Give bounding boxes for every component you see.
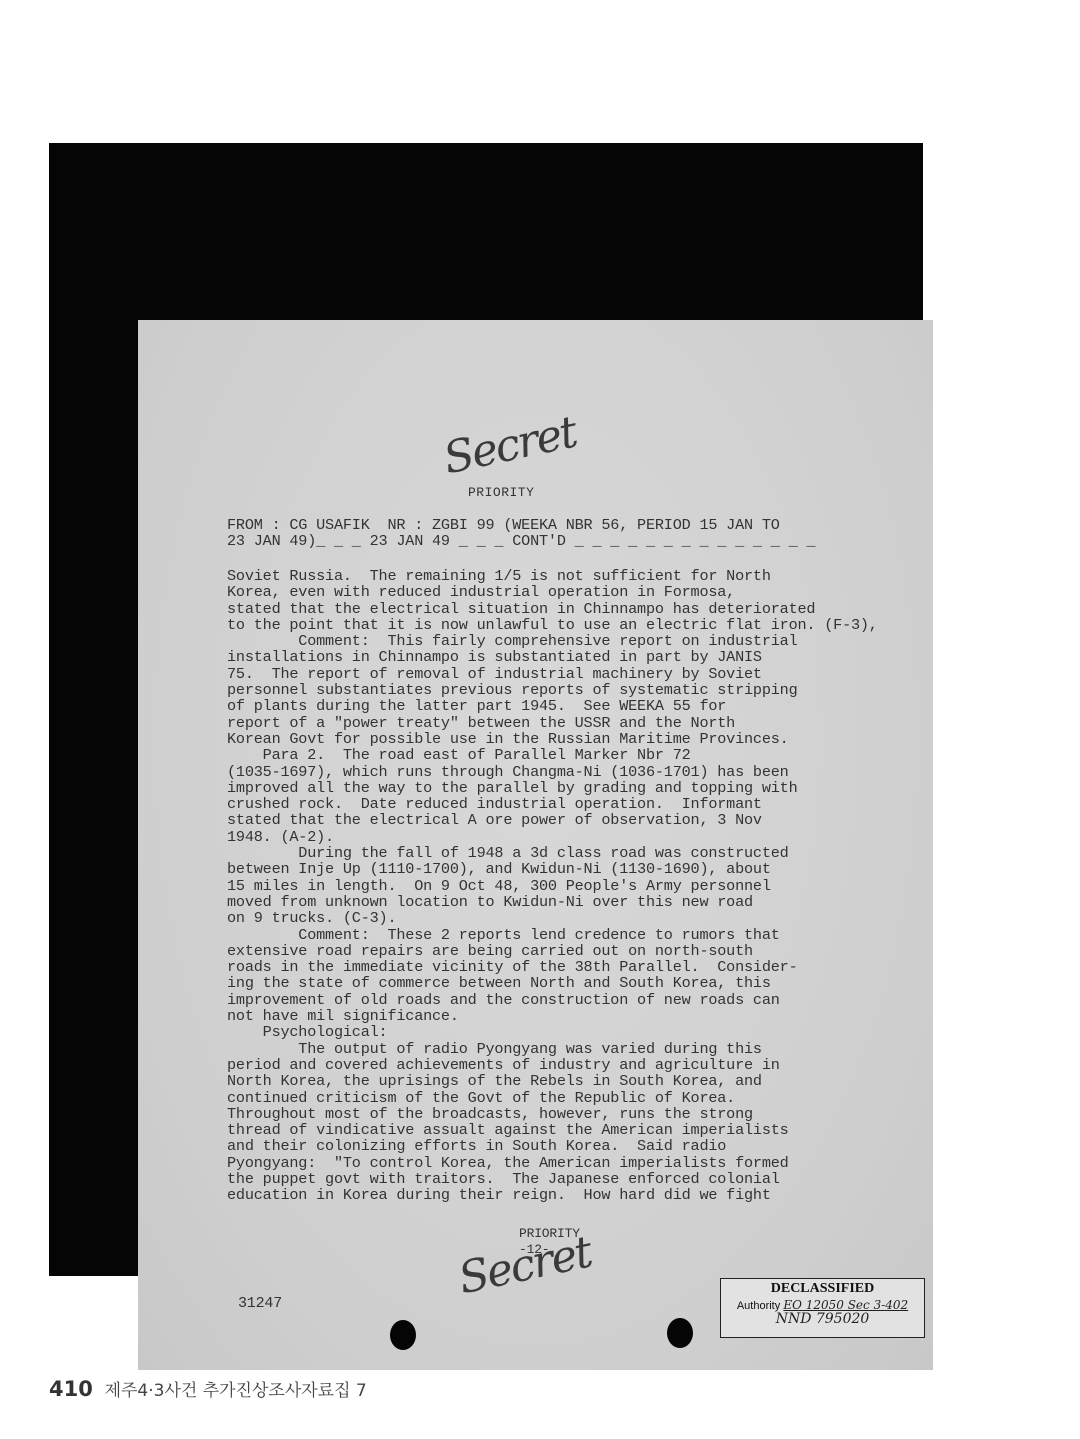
punch-hole-left: [390, 1320, 416, 1350]
body-line: Para 2. The road east of Parallel Marker…: [227, 747, 878, 763]
stamp-authority-value: EO 12050 Sec 3-402: [783, 1298, 908, 1312]
header-line: 23 JAN 49)_ _ _ 23 JAN 49 _ _ _ CONT'D _…: [227, 532, 815, 550]
bleed-through-text: [198, 380, 568, 392]
body-line: crushed rock. Date reduced industrial op…: [227, 796, 878, 812]
body-line: of plants during the latter part 1945. S…: [227, 698, 878, 714]
body-line: improved all the way to the parallel by …: [227, 780, 878, 796]
handwritten-secret-bottom: Secret: [454, 1227, 595, 1305]
punch-hole-right: [667, 1318, 693, 1348]
priority-heading-top: PRIORITY: [468, 485, 534, 501]
body-line: stated that the electrical situation in …: [227, 601, 878, 617]
body-line: Korean Govt for possible use in the Russ…: [227, 731, 878, 747]
body-line: 1948. (A-2).: [227, 829, 878, 845]
body-line: personnel substantiates previous reports…: [227, 682, 878, 698]
body-line: not have mil significance.: [227, 1008, 878, 1024]
scan-frame: Secret PRIORITY FROM : CG USAFIK NR : ZG…: [49, 143, 923, 1276]
document-id: 31247: [238, 1296, 282, 1312]
body-line: Pyongyang: "To control Korea, the Americ…: [227, 1155, 878, 1171]
header-line: FROM : CG USAFIK NR : ZGBI 99 (WEEKA NBR…: [227, 516, 780, 534]
declassified-stamp: DECLASSIFIED Authority EO 12050 Sec 3-40…: [720, 1278, 925, 1338]
body-line: between Inje Up (1110-1700), and Kwidun-…: [227, 861, 878, 877]
body-line: continued criticism of the Govt of the R…: [227, 1090, 878, 1106]
body-line: thread of vindicative assualt against th…: [227, 1122, 878, 1138]
body-line: stated that the electrical A ore power o…: [227, 812, 878, 828]
body-line: Comment: These 2 reports lend credence t…: [227, 927, 878, 943]
body-line: ing the state of commerce between North …: [227, 975, 878, 991]
stamp-title: DECLASSIFIED: [721, 1281, 924, 1297]
body-line: extensive road repairs are being carried…: [227, 943, 878, 959]
body-line: Comment: This fairly comprehensive repor…: [227, 633, 878, 649]
body-line: During the fall of 1948 a 3d class road …: [227, 845, 878, 861]
body-line: report of a "power treaty" between the U…: [227, 715, 878, 731]
body-line: on 9 trucks. (C-3).: [227, 910, 878, 926]
body-line: period and covered achievements of indus…: [227, 1057, 878, 1073]
body-line: the puppet govt with traitors. The Japan…: [227, 1171, 878, 1187]
body-line: installations in Chinnampo is substantia…: [227, 649, 878, 665]
body-line: 15 miles in length. On 9 Oct 48, 300 Peo…: [227, 878, 878, 894]
document-page: Secret PRIORITY FROM : CG USAFIK NR : ZG…: [138, 320, 933, 1370]
footer-page-number: 410: [49, 1377, 93, 1401]
body-line: moved from unknown location to Kwidun-Ni…: [227, 894, 878, 910]
body-line: Soviet Russia. The remaining 1/5 is not …: [227, 568, 878, 584]
body-line: Korea, even with reduced industrial oper…: [227, 584, 878, 600]
message-header: FROM : CG USAFIK NR : ZGBI 99 (WEEKA NBR…: [227, 517, 815, 550]
body-line: education in Korea during their reign. H…: [227, 1187, 878, 1203]
stamp-nnd-number: NND 795020: [721, 1311, 924, 1327]
body-line: improvement of old roads and the constru…: [227, 992, 878, 1008]
body-text: Soviet Russia. The remaining 1/5 is not …: [227, 568, 878, 1204]
page-footer: 410 제주4·3사건 추가진상조사자료집 7: [49, 1376, 367, 1401]
body-line: The output of radio Pyongyang was varied…: [227, 1041, 878, 1057]
stamp-authority-label: Authority: [737, 1300, 780, 1312]
body-line: and their colonizing efforts in South Ko…: [227, 1138, 878, 1154]
footer-book-title: 제주4·3사건 추가진상조사자료집 7: [105, 1381, 367, 1401]
body-line: roads in the immediate vicinity of the 3…: [227, 959, 878, 975]
body-line: (1035-1697), which runs through Changma-…: [227, 764, 878, 780]
body-line: North Korea, the uprisings of the Rebels…: [227, 1073, 878, 1089]
stamp-authority: Authority EO 12050 Sec 3-402: [721, 1298, 924, 1312]
body-line: Psychological:: [227, 1024, 878, 1040]
body-line: Throughout most of the broadcasts, howev…: [227, 1106, 878, 1122]
body-line: to the point that it is now unlawful to …: [227, 617, 878, 633]
handwritten-secret-top: Secret: [439, 407, 580, 485]
body-line: 75. The report of removal of industrial …: [227, 666, 878, 682]
